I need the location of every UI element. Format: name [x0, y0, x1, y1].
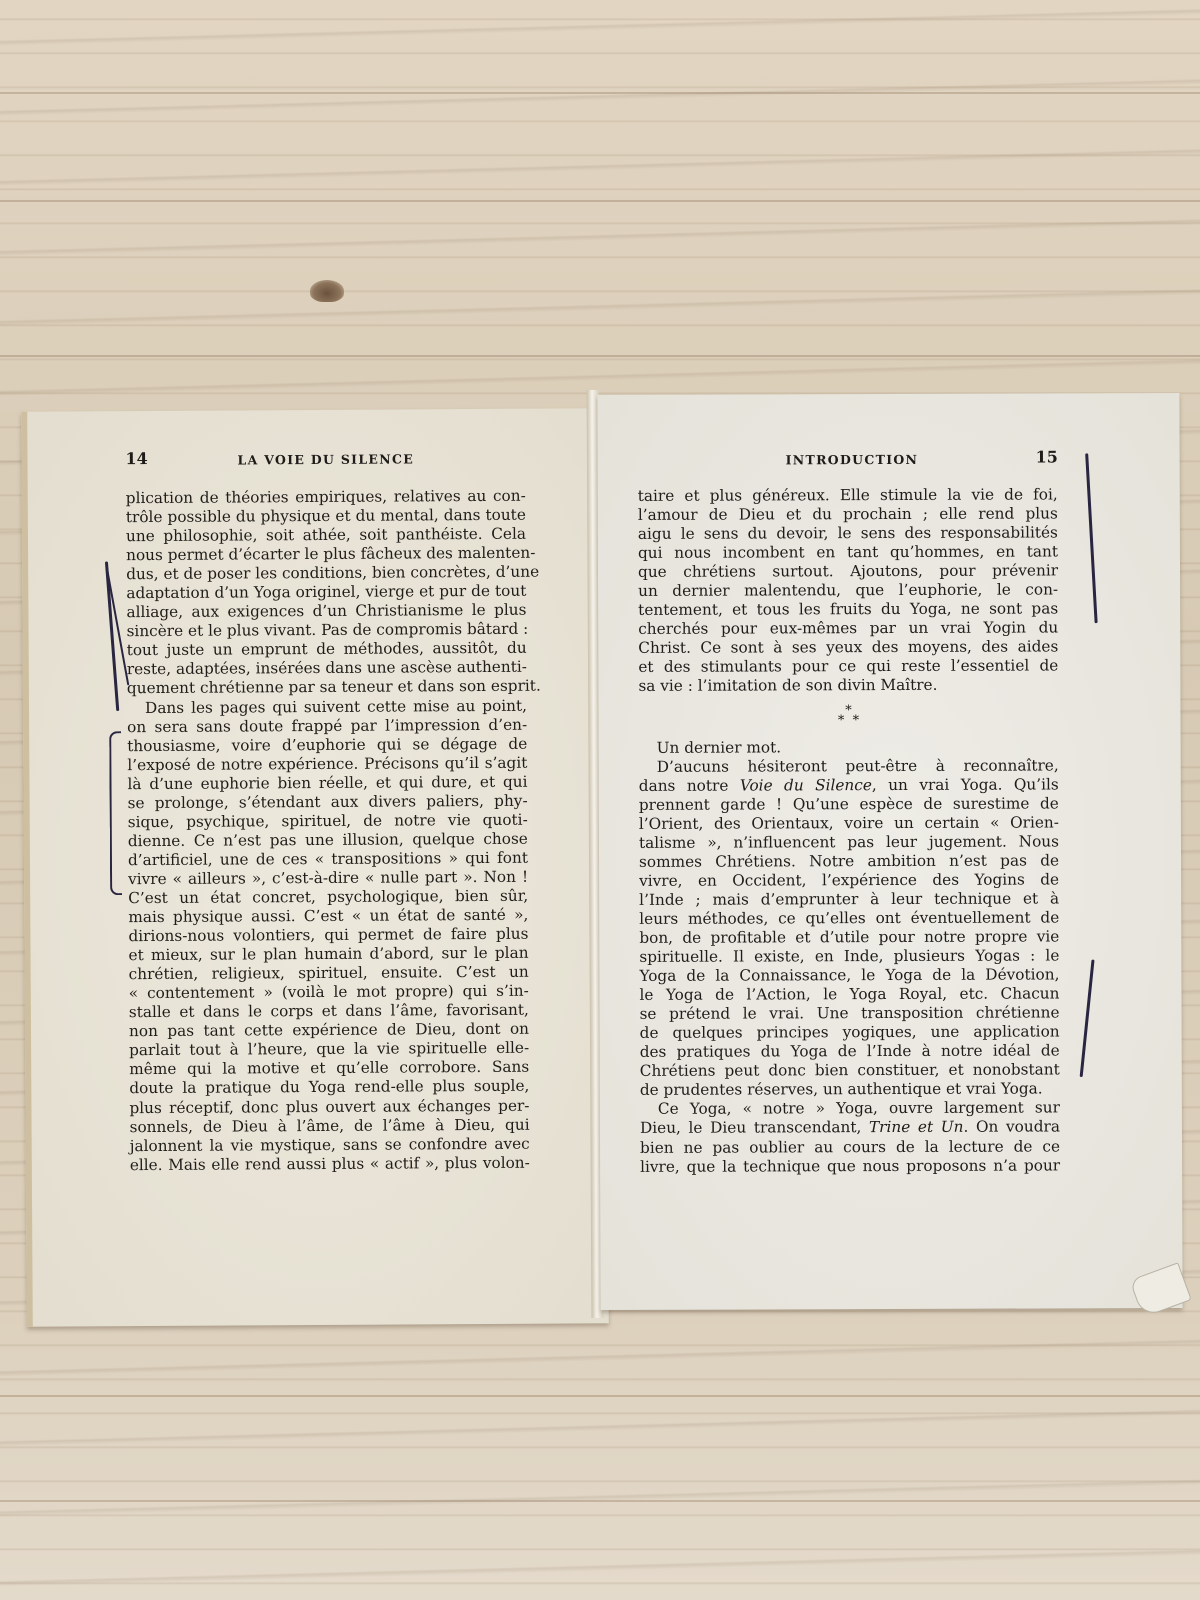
text-line: le Yoga de l’Action, le Yoga Royal, etc.…: [639, 985, 1059, 1006]
wood-grain-line: [0, 92, 1200, 94]
text-line: nous permet d’écarter le plus fâcheux de…: [126, 544, 526, 565]
text-line: non pas tant cette expérience de Dieu, d…: [129, 1020, 529, 1041]
page-number: 15: [1036, 447, 1058, 466]
open-book: 14 LA VOIE DU SILENCE plication de théor…: [14, 386, 1188, 1326]
text-line: cherchés pour eux-mêmes par un vrai Yogi…: [638, 619, 1058, 640]
text-line: de prudentes réserves, un authentique et…: [640, 1080, 1060, 1101]
text-line: là d’une euphorie bien réelle, et qui du…: [127, 772, 527, 793]
text-line: leurs méthodes, ce qu’elles ont éventuel…: [639, 908, 1059, 929]
text-line: stalle et dans le corps et dans l’âme, f…: [129, 1001, 529, 1022]
text-line: Un dernier mot.: [639, 737, 1059, 758]
text-line: Dans les pages qui suivent cette mise au…: [127, 696, 527, 717]
text-line: et mieux, sur le plan humain d’abord, su…: [128, 944, 528, 965]
dog-eared-corner: [1129, 1262, 1192, 1317]
pen-margin-line: [1080, 959, 1095, 1077]
text-line: jalonnent la vie mystique, sans se confo…: [130, 1134, 530, 1155]
wood-grain-line: [0, 355, 1200, 357]
text-line: thousiasme, voire d’euphorie qui se déga…: [127, 734, 527, 755]
page-body-text: plication de théories empiriques, relati…: [126, 487, 530, 1175]
text-line: chrétien, religieux, spirituel, ensuite.…: [129, 963, 529, 984]
text-line: spirituelle. Il existe, en Inde, plusieu…: [639, 946, 1059, 967]
wood-grain-line: [0, 200, 1200, 202]
text-line: livre, que la technique que nous proposo…: [640, 1156, 1060, 1177]
wood-grain-line: [0, 1500, 1200, 1502]
text-line: parlait tout à l’heure, que la vie spiri…: [129, 1039, 529, 1060]
text-line: talisme », n’influencent pas leur jugeme…: [639, 832, 1059, 853]
right-page[interactable]: INTRODUCTION 15 taire et plus généreux. …: [597, 393, 1182, 1310]
text-line: sonnels, de Dieu à l’âme, de l’âme à Die…: [130, 1115, 530, 1136]
page-number: 14: [125, 449, 147, 468]
text-line: se prolonge, s’étendant aux divers palie…: [128, 791, 528, 812]
text-line: doute la pratique du Yoga rend-elle plus…: [129, 1077, 529, 1098]
text-line: tout juste un emprunt de méthodes, aussi…: [127, 639, 527, 660]
left-page[interactable]: 14 LA VOIE DU SILENCE plication de théor…: [21, 408, 609, 1327]
text-line: bon, de profitable et d’utile pour notre…: [639, 927, 1059, 948]
text-line: sa vie : l’imitation de son divin Maître…: [638, 676, 1058, 697]
text-line: prennent garde ! Qu’une espèce de surest…: [639, 794, 1059, 815]
text-line: plus réceptif, donc plus ouvert aux écha…: [129, 1096, 529, 1117]
text-line: aigu le sens du devoir, le sens des resp…: [638, 524, 1058, 545]
text-line: Ce Yoga, « notre » Yoga, ouvre largement…: [640, 1099, 1060, 1120]
text-line: l’amour de Dieu et du prochain ; elle re…: [638, 504, 1058, 525]
text-line: Chrétiens peut donc bien constituer, et …: [640, 1061, 1060, 1082]
text-line: on sera sans doute frappé par l’impressi…: [127, 715, 527, 736]
text-line: qui nous incombent en tant qu’hommes, en…: [638, 543, 1058, 564]
text-line: D’aucuns hésiteront peut-être à reconnaî…: [639, 756, 1059, 777]
text-line: sincère et le plus vivant. Pas de compro…: [126, 620, 526, 641]
running-head: INTRODUCTION: [786, 452, 919, 467]
text-line: trôle possible du physique et du mental,…: [126, 506, 526, 527]
text-line: Dieu, le Dieu transcendant, Trine et Un.…: [640, 1118, 1060, 1139]
text-line: d’artificiel, une de ces « transposition…: [128, 849, 528, 870]
text-line: dirions-nous volontiers, qui permet de f…: [128, 925, 528, 946]
text-line: l’exposé de notre expérience. Précisons …: [127, 753, 527, 774]
text-line: sommes Chrétiens. Notre ambition n’est p…: [639, 851, 1059, 872]
text-line: vivre, en Occident, l’expérience des Yog…: [639, 870, 1059, 891]
text-line: l’Inde ; mais d’emprunter à leur techniq…: [639, 889, 1059, 910]
text-line: mais physique aussi. C’est « un état de …: [128, 906, 528, 927]
text-line: bien ne pas oublier au cours de la lectu…: [640, 1137, 1060, 1158]
text-line: un dernier malentendu, que l’euphorie, l…: [638, 581, 1058, 602]
text-line: et des stimulants pour ce qui reste l’es…: [638, 657, 1058, 678]
pen-margin-line: [105, 561, 119, 711]
text-line: vivre « ailleurs », c’est-à-dire « nulle…: [128, 868, 528, 889]
text-line: elle. Mais elle rend aussi plus « actif …: [130, 1153, 530, 1174]
text-line: tentement, et tous les fruits du Yoga, n…: [638, 600, 1058, 621]
text-line: dans notre Voie du Silence, un vrai Yoga…: [639, 775, 1059, 796]
text-line: Christ. Ce sont à ses yeux des moyens, d…: [638, 638, 1058, 659]
text-line: que chrétiens surtout. Ajoutons, pour pr…: [638, 562, 1058, 583]
page-body-text: taire et plus généreux. Elle stimule la …: [638, 485, 1060, 1176]
text-line: plication de théories empiriques, relati…: [126, 487, 526, 508]
text-line: sique, psychique, spirituel, de notre vi…: [128, 810, 528, 831]
text-line: même qui la motive et qu’elle corrobore.…: [129, 1058, 529, 1079]
text-line: de quelques principes yogiques, une appl…: [640, 1023, 1060, 1044]
wood-knot: [310, 280, 344, 302]
running-head: LA VOIE DU SILENCE: [237, 451, 414, 467]
text-line: dienne. Ce n’est pas une illusion, quelq…: [128, 830, 528, 851]
text-line: quement chrétienne par sa teneur et dans…: [127, 677, 527, 698]
text-line: dus, et de poser les conditions, bien co…: [126, 563, 526, 584]
pen-margin-bracket: [109, 731, 122, 895]
text-line: une philosophie, soit athée, soit panthé…: [126, 525, 526, 546]
text-line: alliage, aux exigences d’un Christianism…: [126, 601, 526, 622]
text-line: l’Orient, des Orientaux, voire un certai…: [639, 813, 1059, 834]
section-break-asterism: ** *: [638, 705, 1058, 726]
text-line: C’est un état concret, psychologique, bi…: [128, 887, 528, 908]
text-line: taire et plus généreux. Elle stimule la …: [638, 485, 1058, 506]
pen-margin-line: [1085, 453, 1097, 623]
text-line: « contentement » (voilà le mot propre) q…: [129, 982, 529, 1003]
wood-grain-line: [0, 1395, 1200, 1397]
text-line: se prétend le vrai. Une transposition ch…: [640, 1004, 1060, 1025]
text-line: adaptation d’un Yoga originel, vierge et…: [126, 582, 526, 603]
text-line: reste, adaptées, insérées dans une ascès…: [127, 658, 527, 679]
text-line: des pratiques du Yoga de l’Inde à notre …: [640, 1042, 1060, 1063]
text-line: Yoga de la Connaissance, le Yoga de la D…: [639, 965, 1059, 986]
